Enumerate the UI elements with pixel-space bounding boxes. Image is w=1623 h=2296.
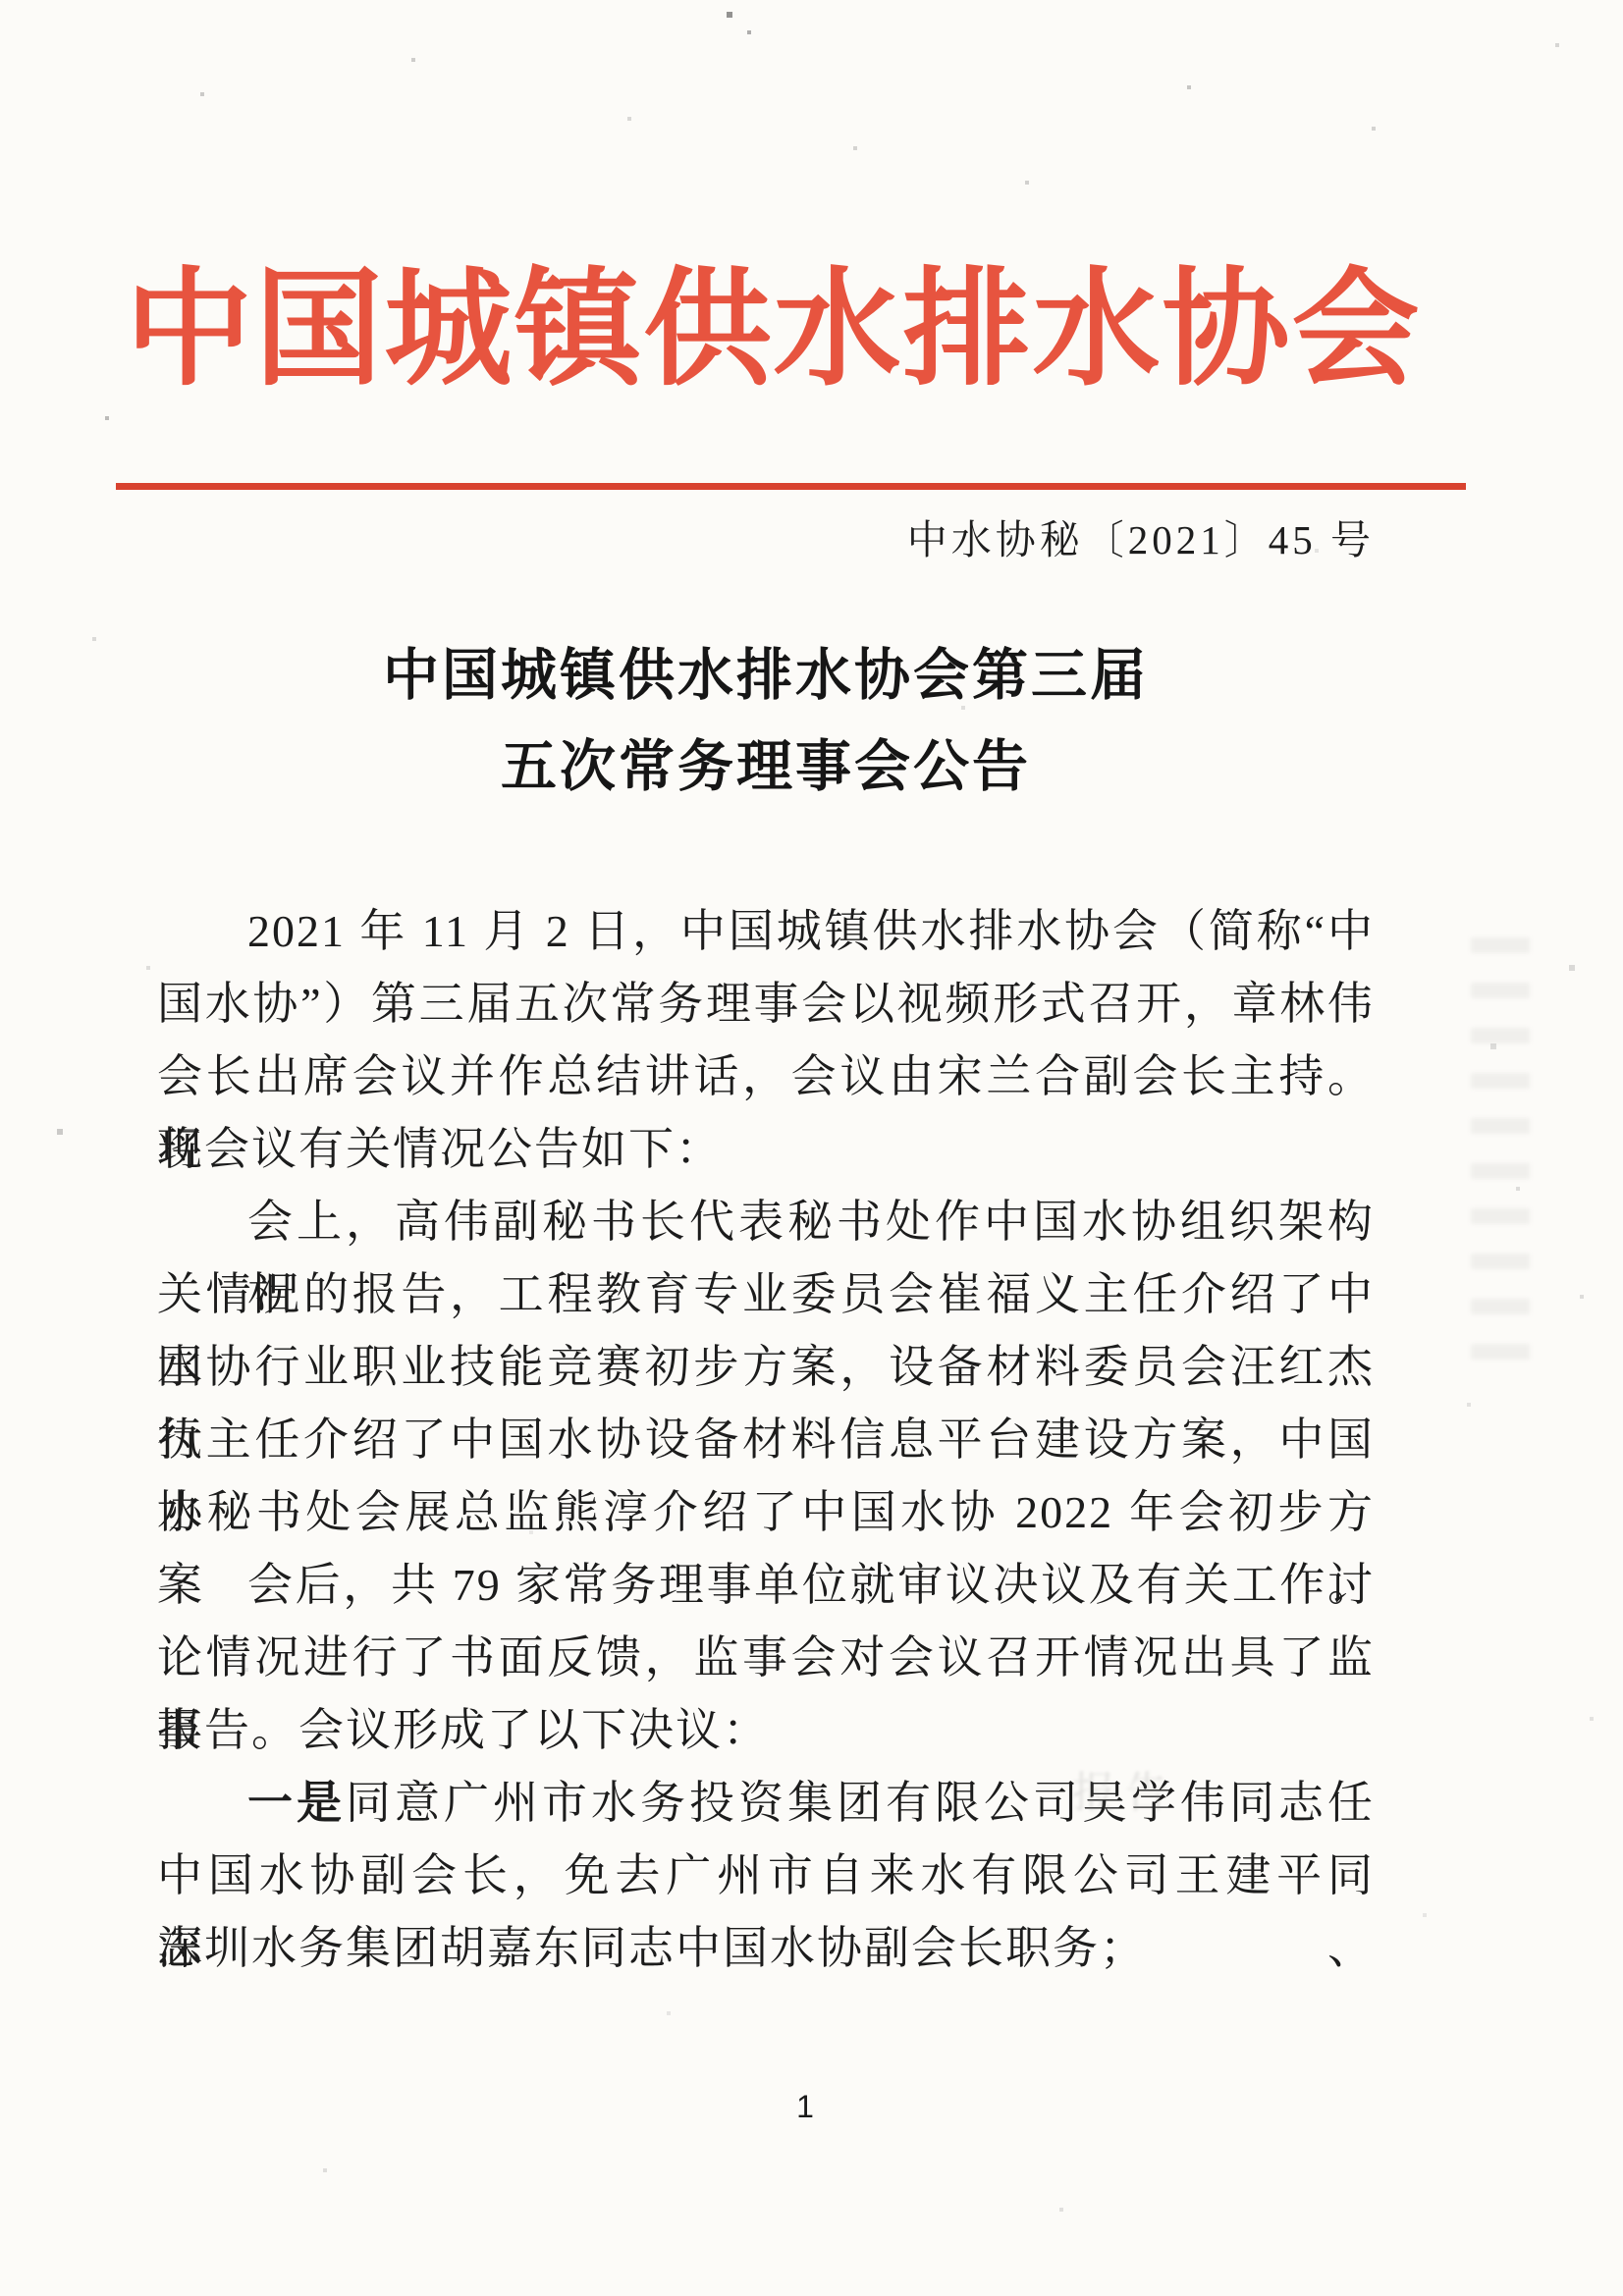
body-line: 关情况的报告，工程教育专业委员会崔福义主任介绍了中国 [157,1258,1375,1331]
body-line-text: 同意广州市水务投资集团有限公司吴学伟同志任 [346,1778,1375,1828]
body-line: 协秘书处会展总监熊淳介绍了中国水协 2022 年会初步方案。 [157,1476,1375,1549]
scan-smudge [1471,937,1530,1369]
body-line: 国水协”）第三届五次常务理事会以视频形式召开，章林伟 [157,968,1375,1041]
body-line: 论情况进行了书面反馈，监事会对会议召开情况出具了监事 [157,1622,1375,1694]
body-line: 会长出席会议并作总结讲话，会议由宋兰合副会长主持。现 [157,1041,1375,1113]
letterhead-rule [116,483,1466,490]
body-line: 一是同意广州市水务投资集团有限公司吴学伟同志任 [157,1767,1375,1840]
body-line: 报告。会议形成了以下决议： [157,1694,1375,1767]
page-number: 1 [776,2087,835,2126]
doc-number: 中水协秘〔2021〕45 号 [157,510,1375,569]
body-line: 中国水协副会长，免去广州市自来水有限公司王建平同志、 [157,1840,1375,1912]
document-title-line2: 五次常务理事会公告 [157,721,1375,813]
document-title: 中国城镇供水排水协会第三届 五次常务理事会公告 [157,630,1375,813]
scan-specks [0,0,2,2]
body-line: 水协行业职业技能竞赛初步方案，设备材料委员会汪红杰执 [157,1331,1375,1404]
body-line: 将会议有关情况公告如下： [157,1113,1375,1186]
body-line: 2021 年 11 月 2 日，中国城镇供水排水协会（简称“中 [157,895,1375,968]
document-page: 中国城镇供水排水协会 中水协秘〔2021〕45 号 中国城镇供水排水协会第三届 … [0,0,1623,2296]
decision-one-label: 一是 [247,1778,346,1828]
document-title-line1: 中国城镇供水排水协会第三届 [157,630,1375,721]
body-text: 2021 年 11 月 2 日，中国城镇供水排水协会（简称“中 国水协”）第三届… [157,895,1375,1985]
body-line: 会上，高伟副秘书长代表秘书处作中国水协组织架构相 [157,1186,1375,1258]
body-line: 会后，共 79 家常务理事单位就审议决议及有关工作讨 [157,1549,1375,1622]
body-line: 行主任介绍了中国水协设备材料信息平台建设方案，中国水 [157,1404,1375,1476]
letterhead-title: 中国城镇供水排水协会 [98,247,1448,414]
